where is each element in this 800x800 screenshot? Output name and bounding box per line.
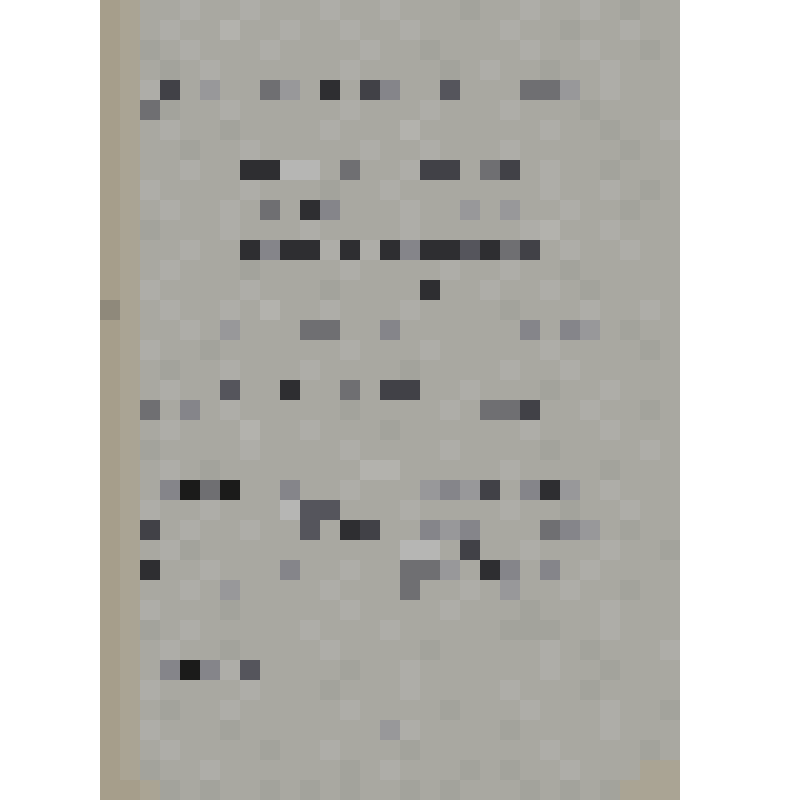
mosaic-block (600, 20, 620, 40)
mosaic-block (300, 260, 320, 280)
mosaic-block (540, 240, 560, 260)
mosaic-block (240, 160, 260, 180)
mosaic-block (140, 220, 160, 240)
mosaic-block (440, 260, 460, 280)
mosaic-block (520, 180, 540, 200)
mosaic-block (340, 300, 360, 320)
mosaic-block (340, 100, 360, 120)
mosaic-block (520, 320, 540, 340)
mosaic-block (500, 200, 520, 220)
mosaic-block (400, 560, 420, 580)
mosaic-block (180, 0, 200, 20)
mosaic-block (540, 360, 560, 380)
mosaic-block (320, 180, 340, 200)
mosaic-block (380, 260, 400, 280)
mosaic-block (320, 200, 340, 220)
mosaic-block (140, 260, 160, 280)
mosaic-block (320, 100, 340, 120)
mosaic-block (460, 140, 480, 160)
mosaic-block (200, 600, 220, 620)
mosaic-block (180, 260, 200, 280)
mosaic-block (580, 700, 600, 720)
mosaic-block (280, 280, 300, 300)
mosaic-block (140, 780, 160, 800)
mosaic-block (220, 620, 240, 640)
mosaic-block (180, 300, 200, 320)
mosaic-block (200, 480, 220, 500)
mosaic-block (340, 400, 360, 420)
mosaic-block (640, 240, 660, 260)
mosaic-block (520, 300, 540, 320)
mosaic-block (500, 720, 520, 740)
mosaic-block (420, 100, 440, 120)
mosaic-block (640, 460, 660, 480)
mosaic-block (260, 420, 280, 440)
mosaic-block (120, 60, 140, 80)
mosaic-block (480, 760, 500, 780)
mosaic-block (620, 640, 640, 660)
mosaic-row (100, 500, 680, 520)
mosaic-block (620, 780, 640, 800)
mosaic-block (100, 780, 120, 800)
mosaic-block (160, 460, 180, 480)
mosaic-block (540, 720, 560, 740)
mosaic-block (120, 760, 140, 780)
mosaic-block (240, 440, 260, 460)
mosaic-block (360, 780, 380, 800)
mosaic-block (360, 140, 380, 160)
mosaic-block (580, 60, 600, 80)
mosaic-block (400, 380, 420, 400)
mosaic-block (340, 120, 360, 140)
mosaic-block (360, 540, 380, 560)
mosaic-block (100, 640, 120, 660)
mosaic-block (500, 60, 520, 80)
mosaic-block (200, 20, 220, 40)
mosaic-block (500, 600, 520, 620)
mosaic-block (320, 540, 340, 560)
mosaic-block (300, 460, 320, 480)
right-margin (680, 0, 800, 800)
mosaic-block (660, 340, 680, 360)
mosaic-block (480, 140, 500, 160)
mosaic-block (400, 460, 420, 480)
mosaic-block (520, 740, 540, 760)
mosaic-block (320, 360, 340, 380)
mosaic-block (240, 220, 260, 240)
mosaic-block (460, 160, 480, 180)
mosaic-block (300, 520, 320, 540)
mosaic-block (500, 420, 520, 440)
mosaic-block (600, 180, 620, 200)
mosaic-block (660, 300, 680, 320)
mosaic-block (460, 200, 480, 220)
mosaic-block (100, 100, 120, 120)
mosaic-block (240, 100, 260, 120)
mosaic-block (220, 760, 240, 780)
mosaic-block (360, 760, 380, 780)
mosaic-block (340, 500, 360, 520)
mosaic-block (120, 120, 140, 140)
mosaic-block (300, 280, 320, 300)
mosaic-block (520, 100, 540, 120)
mosaic-block (100, 480, 120, 500)
mosaic-block (160, 540, 180, 560)
mosaic-block (360, 580, 380, 600)
mosaic-block (200, 280, 220, 300)
mosaic-block (620, 120, 640, 140)
mosaic-block (160, 500, 180, 520)
mosaic-block (360, 380, 380, 400)
mosaic-block (180, 580, 200, 600)
mosaic-block (240, 200, 260, 220)
mosaic-block (220, 60, 240, 80)
mosaic-block (440, 160, 460, 180)
mosaic-block (660, 120, 680, 140)
mosaic-block (220, 200, 240, 220)
mosaic-block (140, 440, 160, 460)
mosaic-row (100, 340, 680, 360)
mosaic-block (620, 0, 640, 20)
mosaic-block (540, 680, 560, 700)
mosaic-block (120, 380, 140, 400)
mosaic-block (620, 100, 640, 120)
mosaic-block (640, 60, 660, 80)
mosaic-block (520, 380, 540, 400)
mosaic-block (300, 340, 320, 360)
mosaic-row (100, 380, 680, 400)
mosaic-block (620, 300, 640, 320)
mosaic-block (420, 520, 440, 540)
mosaic-block (440, 480, 460, 500)
mosaic-block (660, 360, 680, 380)
mosaic-block (460, 0, 480, 20)
mosaic-block (520, 400, 540, 420)
mosaic-block (160, 620, 180, 640)
mosaic-block (400, 320, 420, 340)
mosaic-block (420, 260, 440, 280)
mosaic-block (360, 40, 380, 60)
mosaic-block (460, 40, 480, 60)
mosaic-block (440, 340, 460, 360)
mosaic-block (280, 500, 300, 520)
mosaic-block (520, 140, 540, 160)
mosaic-row (100, 220, 680, 240)
mosaic-block (380, 80, 400, 100)
mosaic-block (180, 120, 200, 140)
mosaic-block (460, 500, 480, 520)
mosaic-block (400, 120, 420, 140)
mosaic-block (440, 760, 460, 780)
mosaic-block (320, 80, 340, 100)
mosaic-block (500, 440, 520, 460)
mosaic-block (280, 440, 300, 460)
mosaic-block (640, 20, 660, 40)
mosaic-block (520, 580, 540, 600)
mosaic-block (140, 720, 160, 740)
mosaic-block (220, 420, 240, 440)
mosaic-block (160, 60, 180, 80)
mosaic-block (480, 80, 500, 100)
mosaic-block (120, 500, 140, 520)
mosaic-block (420, 720, 440, 740)
mosaic-block (160, 480, 180, 500)
mosaic-block (420, 200, 440, 220)
mosaic-block (620, 420, 640, 440)
mosaic-block (200, 520, 220, 540)
mosaic-block (380, 660, 400, 680)
mosaic-block (640, 400, 660, 420)
mosaic-block (480, 520, 500, 540)
mosaic-block (320, 520, 340, 540)
mosaic-block (440, 60, 460, 80)
mosaic-block (520, 220, 540, 240)
mosaic-block (320, 120, 340, 140)
mosaic-block (180, 480, 200, 500)
mosaic-block (620, 520, 640, 540)
mosaic-block (220, 580, 240, 600)
mosaic-block (260, 760, 280, 780)
mosaic-block (580, 760, 600, 780)
mosaic-block (320, 420, 340, 440)
mosaic-block (240, 620, 260, 640)
mosaic-block (560, 20, 580, 40)
mosaic-block (340, 480, 360, 500)
mosaic-block (240, 120, 260, 140)
mosaic-block (640, 420, 660, 440)
mosaic-block (300, 140, 320, 160)
mosaic-block (300, 560, 320, 580)
mosaic-block (120, 220, 140, 240)
mosaic-block (280, 760, 300, 780)
mosaic-block (380, 200, 400, 220)
mosaic-block (640, 740, 660, 760)
mosaic-block (220, 40, 240, 60)
mosaic-block (500, 220, 520, 240)
mosaic-block (420, 540, 440, 560)
mosaic-block (320, 60, 340, 80)
mosaic-block (420, 180, 440, 200)
mosaic-block (460, 120, 480, 140)
mosaic-block (360, 620, 380, 640)
mosaic-block (220, 560, 240, 580)
mosaic-block (440, 660, 460, 680)
mosaic-block (260, 100, 280, 120)
mosaic-block (540, 760, 560, 780)
mosaic-block (500, 20, 520, 40)
mosaic-block (120, 600, 140, 620)
mosaic-block (140, 380, 160, 400)
mosaic-block (420, 420, 440, 440)
mosaic-block (340, 680, 360, 700)
mosaic-block (400, 160, 420, 180)
mosaic-block (340, 160, 360, 180)
mosaic-block (200, 740, 220, 760)
mosaic-block (400, 640, 420, 660)
mosaic-block (640, 700, 660, 720)
mosaic-block (380, 140, 400, 160)
mosaic-block (120, 480, 140, 500)
mosaic-block (460, 260, 480, 280)
mosaic-block (320, 300, 340, 320)
mosaic-block (100, 300, 120, 320)
mosaic-block (620, 680, 640, 700)
mosaic-block (220, 460, 240, 480)
mosaic-block (120, 360, 140, 380)
mosaic-block (220, 740, 240, 760)
mosaic-block (580, 180, 600, 200)
mosaic-block (440, 540, 460, 560)
mosaic-block (300, 720, 320, 740)
mosaic-block (440, 360, 460, 380)
mosaic-block (420, 600, 440, 620)
mosaic-row (100, 120, 680, 140)
mosaic-block (400, 200, 420, 220)
mosaic-block (600, 360, 620, 380)
mosaic-block (600, 440, 620, 460)
mosaic-block (140, 360, 160, 380)
mosaic-block (140, 240, 160, 260)
mosaic-block (280, 160, 300, 180)
mosaic-block (160, 700, 180, 720)
mosaic-block (280, 320, 300, 340)
mosaic-block (140, 660, 160, 680)
mosaic-block (580, 720, 600, 740)
mosaic-block (220, 20, 240, 40)
mosaic-block (520, 260, 540, 280)
mosaic-block (200, 260, 220, 280)
mosaic-block (160, 380, 180, 400)
mosaic-block (380, 780, 400, 800)
mosaic-block (440, 320, 460, 340)
mosaic-block (300, 120, 320, 140)
mosaic-block (460, 220, 480, 240)
mosaic-row (100, 20, 680, 40)
mosaic-block (300, 660, 320, 680)
mosaic-block (640, 720, 660, 740)
mosaic-block (600, 140, 620, 160)
mosaic-block (140, 320, 160, 340)
mosaic-block (640, 640, 660, 660)
mosaic-block (480, 400, 500, 420)
mosaic-block (140, 760, 160, 780)
mosaic-block (640, 0, 660, 20)
mosaic-block (640, 380, 660, 400)
mosaic-block (360, 160, 380, 180)
mosaic-block (600, 120, 620, 140)
mosaic-block (400, 80, 420, 100)
mosaic-block (200, 580, 220, 600)
mosaic-block (120, 420, 140, 440)
mosaic-block (140, 500, 160, 520)
mosaic-block (160, 640, 180, 660)
mosaic-row (100, 40, 680, 60)
mosaic-block (300, 680, 320, 700)
mosaic-block (600, 400, 620, 420)
mosaic-block (440, 560, 460, 580)
mosaic-block (120, 240, 140, 260)
mosaic-block (360, 400, 380, 420)
mosaic-block (320, 160, 340, 180)
mosaic-block (180, 520, 200, 540)
mosaic-block (520, 0, 540, 20)
mosaic-block (660, 560, 680, 580)
mosaic-block (140, 40, 160, 60)
mosaic-block (640, 300, 660, 320)
mosaic-block (560, 300, 580, 320)
mosaic-block (460, 740, 480, 760)
mosaic-block (400, 480, 420, 500)
mosaic-block (520, 540, 540, 560)
mosaic-block (360, 720, 380, 740)
mosaic-block (200, 320, 220, 340)
mosaic-block (660, 580, 680, 600)
mosaic-block (400, 60, 420, 80)
mosaic-block (380, 380, 400, 400)
mosaic-block (260, 40, 280, 60)
mosaic-block (280, 380, 300, 400)
mosaic-block (220, 360, 240, 380)
mosaic-block (180, 180, 200, 200)
mosaic-block (560, 40, 580, 60)
mosaic-block (200, 340, 220, 360)
mosaic-block (220, 120, 240, 140)
mosaic-block (200, 780, 220, 800)
mosaic-block (220, 780, 240, 800)
mosaic-block (540, 80, 560, 100)
mosaic-block (400, 440, 420, 460)
mosaic-block (660, 260, 680, 280)
mosaic-block (580, 20, 600, 40)
mosaic-block (420, 780, 440, 800)
mosaic-block (600, 260, 620, 280)
mosaic-block (520, 480, 540, 500)
mosaic-block (280, 40, 300, 60)
mosaic-block (260, 240, 280, 260)
mosaic-block (660, 700, 680, 720)
mosaic-block (340, 520, 360, 540)
mosaic-block (580, 580, 600, 600)
mosaic-block (120, 580, 140, 600)
mosaic-block (260, 780, 280, 800)
mosaic-block (380, 220, 400, 240)
mosaic-block (220, 500, 240, 520)
mosaic-block (300, 20, 320, 40)
mosaic-block (460, 100, 480, 120)
mosaic-block (380, 620, 400, 640)
mosaic-block (120, 700, 140, 720)
mosaic-block (240, 380, 260, 400)
mosaic-block (520, 720, 540, 740)
mosaic-block (280, 0, 300, 20)
mosaic-block (340, 600, 360, 620)
mosaic-block (100, 720, 120, 740)
mosaic-block (140, 200, 160, 220)
mosaic-block (300, 200, 320, 220)
mosaic-block (660, 680, 680, 700)
mosaic-block (260, 540, 280, 560)
mosaic-block (620, 400, 640, 420)
mosaic-block (500, 700, 520, 720)
mosaic-block (280, 260, 300, 280)
mosaic-block (560, 220, 580, 240)
mosaic-block (240, 560, 260, 580)
mosaic-block (180, 620, 200, 640)
mosaic-row (100, 520, 680, 540)
mosaic-block (540, 520, 560, 540)
mosaic-block (360, 200, 380, 220)
mosaic-block (420, 320, 440, 340)
